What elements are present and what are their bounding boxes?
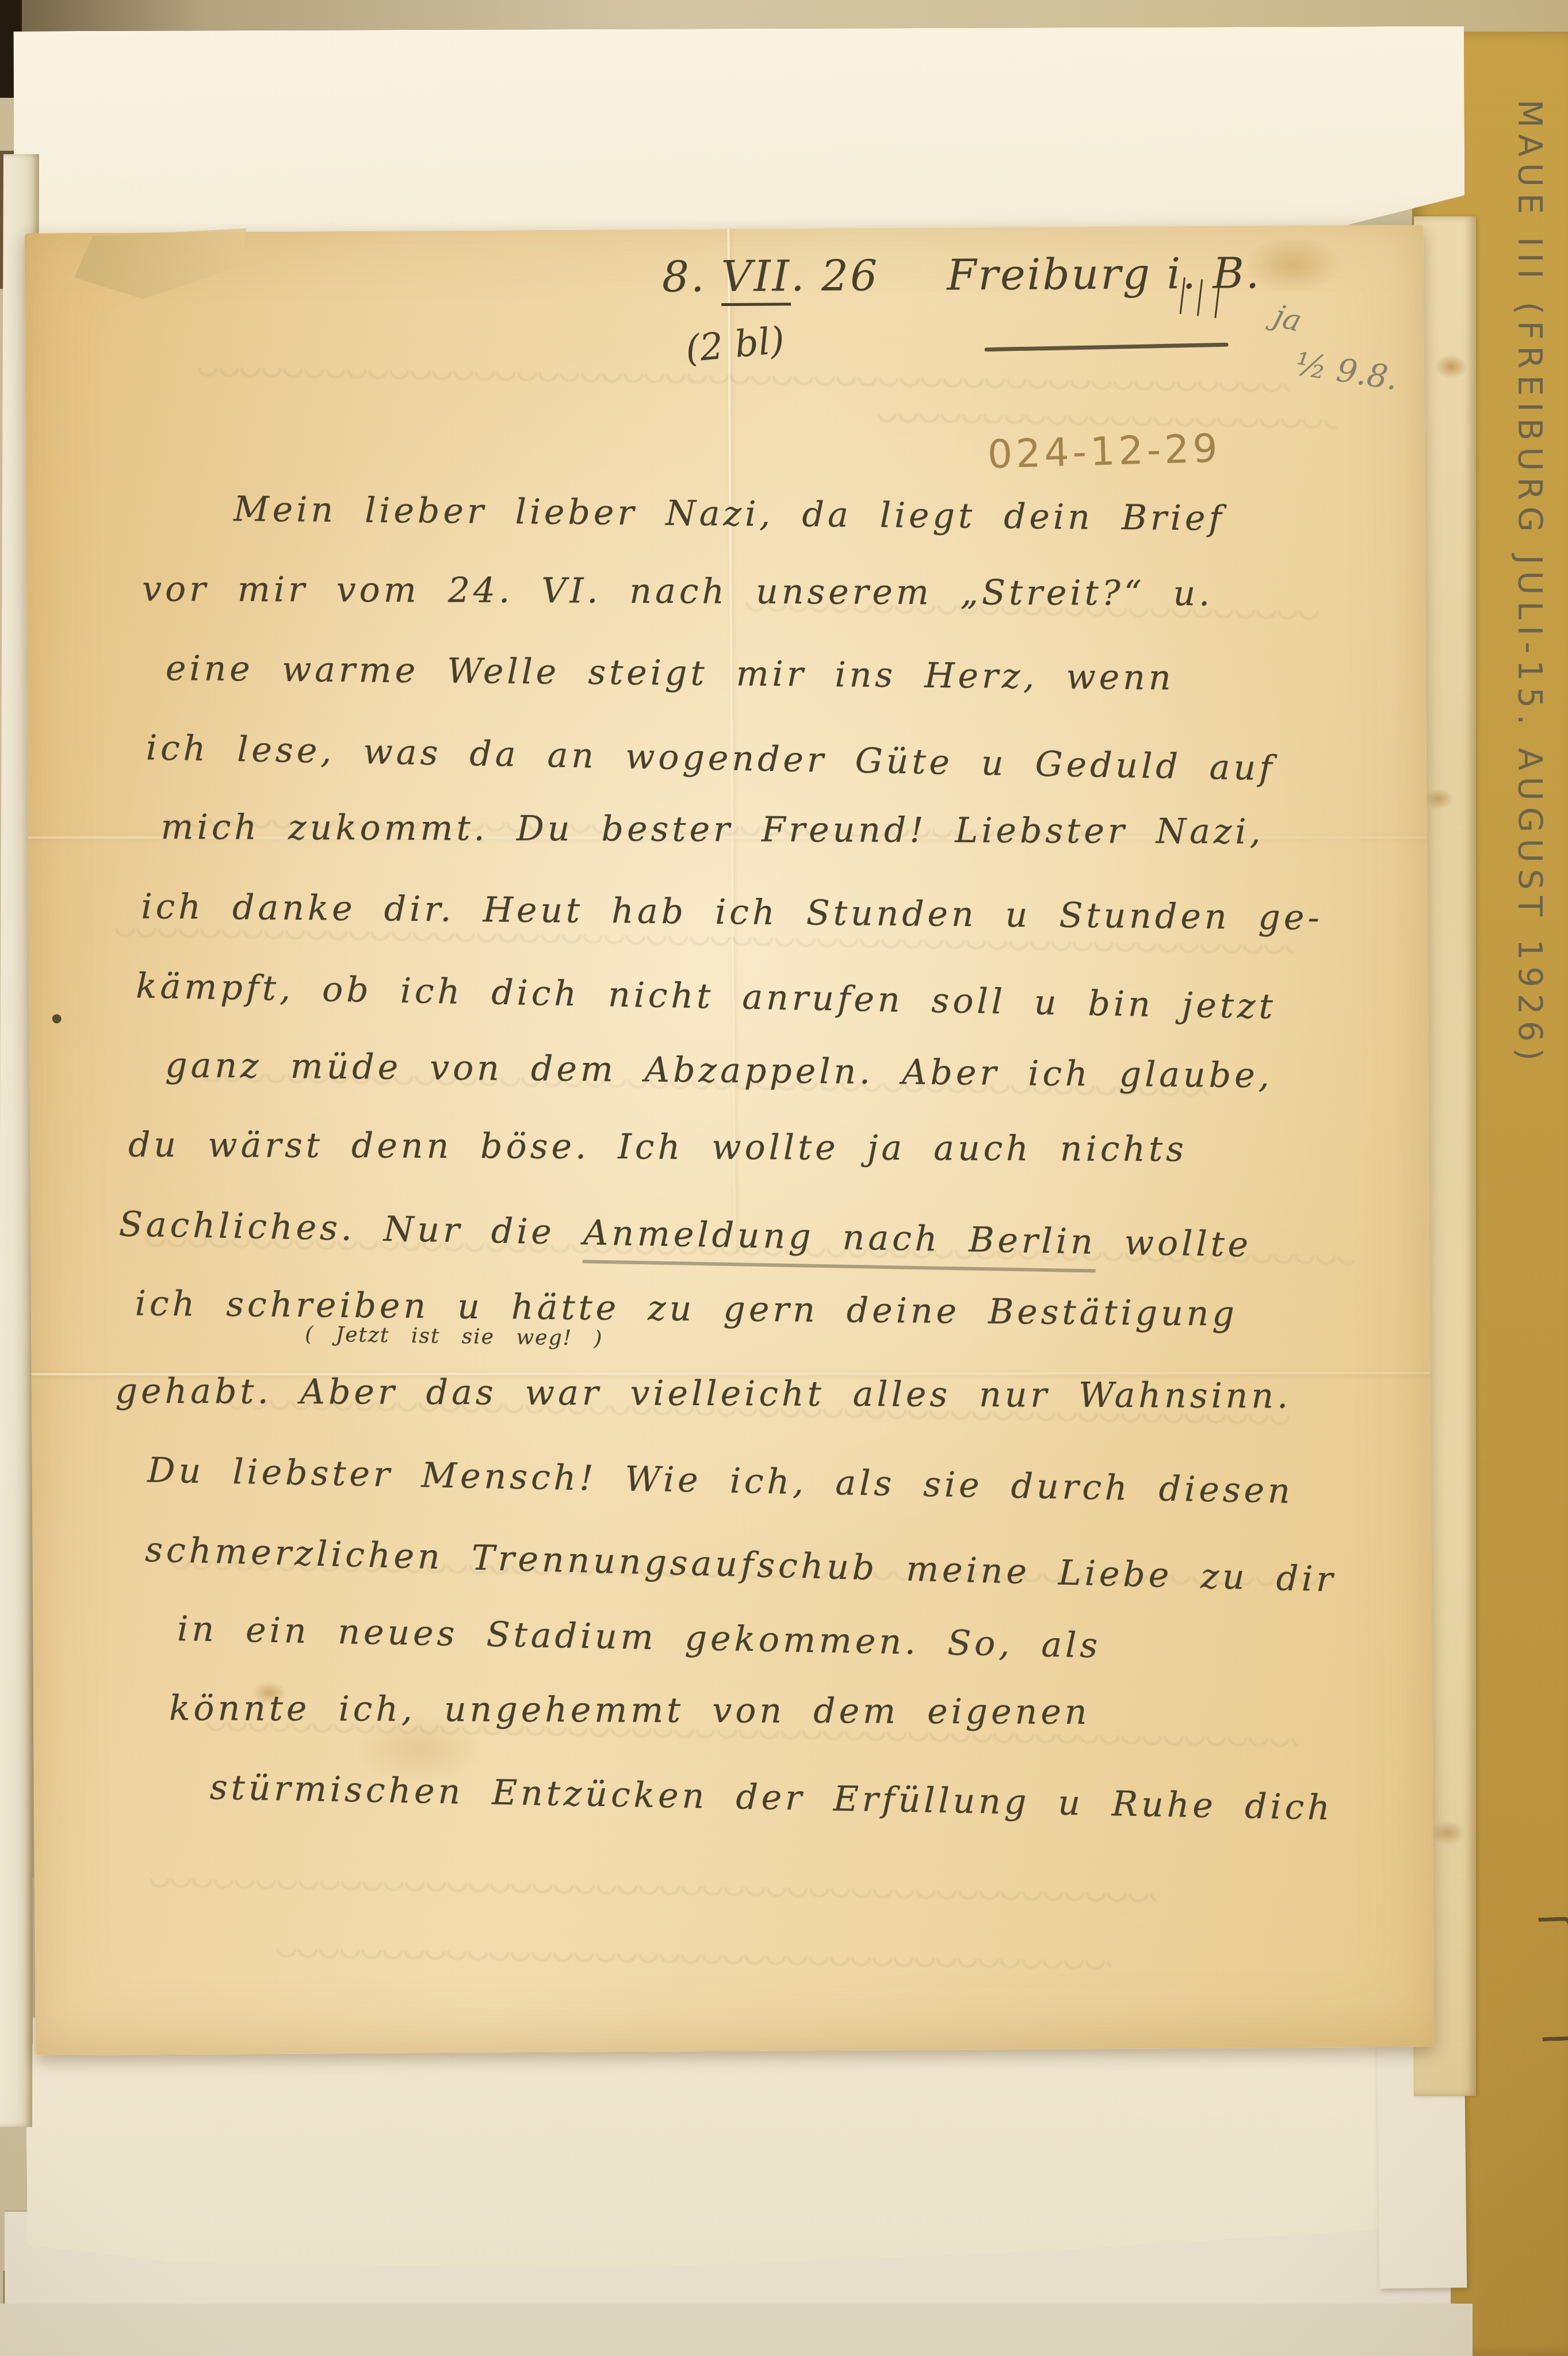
letter-date: 8. VII. 26 bbox=[662, 254, 879, 298]
show-through-writing bbox=[150, 1879, 1156, 1911]
pencil-note: ja bbox=[1270, 299, 1306, 339]
white-sheet-bottom-3 bbox=[0, 2304, 1473, 2356]
folded-corner bbox=[74, 228, 247, 300]
handwritten-line: kämpft, ob ich dich nicht anrufen soll u… bbox=[136, 969, 1419, 1027]
letter-header: 8. VII. 26 Freiburg i. B. bbox=[662, 252, 1261, 298]
handwritten-line-underlined: Sachliches. Nur die Anmeldung nach Berli… bbox=[118, 1207, 1420, 1265]
handwritten-line: stürmischen Entzücken der Erfüllung u Ru… bbox=[209, 1770, 1424, 1827]
handwritten-line: mich zukommt. Du bester Freund! Liebster… bbox=[161, 810, 1418, 850]
handwritten-line: Mein lieber lieber Nazi, da liegt dein B… bbox=[234, 492, 1416, 538]
archive-number: 024-12-29 bbox=[987, 426, 1222, 478]
line-pre: Sachliches. Nur die bbox=[118, 1204, 583, 1253]
folder-label: MAUE III (FREIBURG JULI-15. AUGUST 1926) bbox=[1510, 100, 1548, 1067]
sheet-count-note: (2 bl) bbox=[684, 322, 786, 368]
date-day: 8. bbox=[662, 252, 722, 302]
date-month-underlined: VII bbox=[721, 251, 791, 306]
show-through-writing bbox=[198, 368, 1291, 401]
archive-photo: MAUE III (FREIBURG JULI-15. AUGUST 1926) bbox=[0, 0, 1568, 2356]
handwritten-line: gehabt. Aber das war vielleicht alles nu… bbox=[116, 1374, 1421, 1414]
flourish-underline bbox=[985, 343, 1229, 352]
ink-dot bbox=[52, 1014, 62, 1023]
date-year: . 26 bbox=[791, 251, 879, 301]
handwritten-line: könnte ich, ungehemmt von dem eigenen bbox=[169, 1691, 1423, 1731]
underlined-phrase: Anmeldung nach Berlin bbox=[583, 1213, 1096, 1272]
line-post: wollte bbox=[1096, 1222, 1252, 1265]
pencil-note-date: ½ 9.8. bbox=[1293, 345, 1401, 397]
handwritten-line: ich danke dir. Heut hab ich Stunden u St… bbox=[141, 889, 1418, 936]
letter-page: 8. VII. 26 Freiburg i. B. (2 bl) ||| ja … bbox=[24, 225, 1434, 2056]
handwritten-line: vor mir vom 24. VI. nach unserem „Streit… bbox=[142, 572, 1416, 612]
letter-body: Mein lieber lieber Nazi, da liegt dein B… bbox=[110, 485, 1424, 1850]
handwritten-line: eine warme Welle steigt mir ins Herz, we… bbox=[166, 651, 1417, 698]
handwritten-line: schmerzlichen Trennungsaufschub meine Li… bbox=[145, 1532, 1422, 1599]
handwritten-line: ganz müde von dem Abzappeln. Aber ich gl… bbox=[165, 1048, 1419, 1095]
folder-label-text: MAUE III (FREIBURG JULI-15. AUGUST 1926) bbox=[1510, 100, 1548, 1067]
show-through-writing bbox=[277, 1949, 1111, 1979]
handwritten-line: in ein neues Stadium gekommen. So, als bbox=[177, 1612, 1423, 1669]
handwritten-line: du wärst denn böse. Ich wollte ja auch n… bbox=[128, 1127, 1420, 1168]
handwritten-line: Du liebster Mensch! Wie ich, als sie dur… bbox=[147, 1453, 1422, 1511]
tally-marks: ||| bbox=[1174, 271, 1232, 320]
pencil-bracket-mark bbox=[1538, 1917, 1568, 2041]
handwritten-line: ich lese, was da an wogender Güte u Gedu… bbox=[146, 730, 1417, 788]
